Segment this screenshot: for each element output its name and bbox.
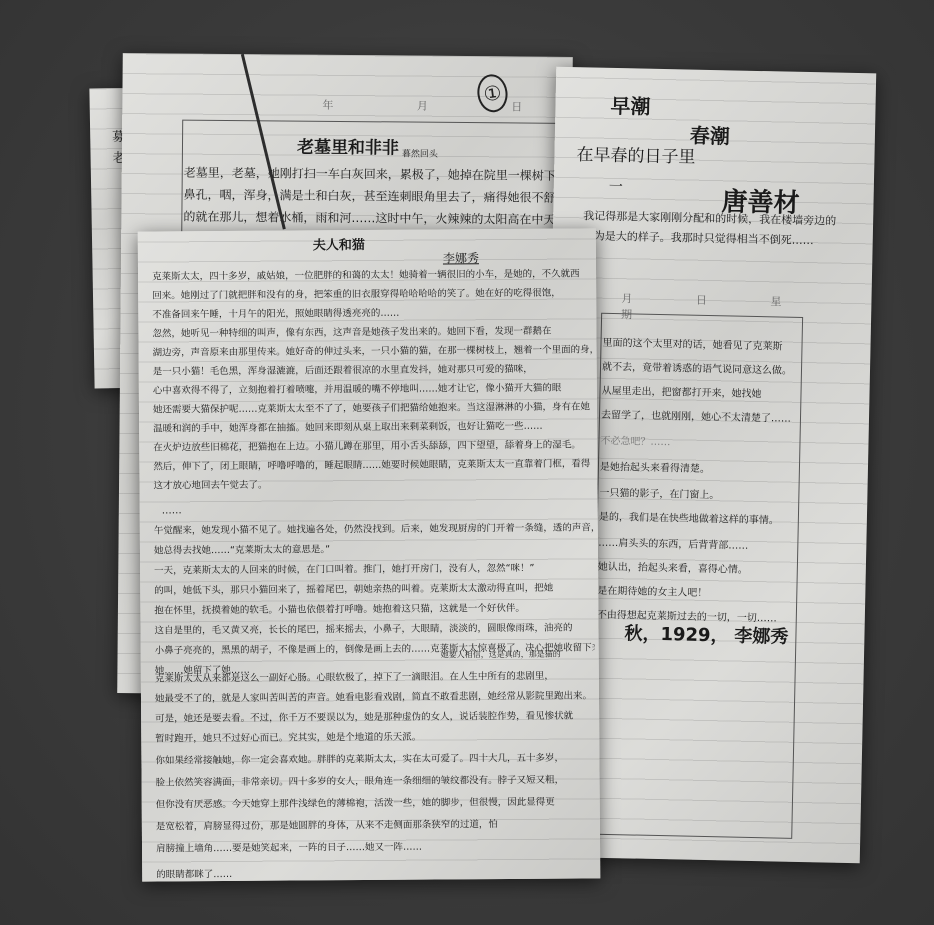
right-line: 以为是大的样子。我那时只觉得相当不倒死…… bbox=[583, 227, 863, 250]
right-title-2: 春潮 bbox=[690, 120, 731, 153]
front-line: 但你没有厌恶感。今天她穿上那件浅绿色的薄棉袍，活泼一些，她的脚步，但很慢，因此显… bbox=[156, 794, 596, 819]
header-date-marks: 年 月 日 bbox=[322, 97, 562, 115]
right-lines-block: 里面的这个太里对的话，她看见了克莱斯 就不去，竟带着诱惑的语气说同意这么做。 从… bbox=[596, 336, 802, 636]
front-line: 暂时跑开，她只不过好心而已。究其实，她是个地道的乐天派。 bbox=[155, 728, 595, 753]
section-break: …… bbox=[162, 503, 182, 519]
front-line: 你如果经常接触她，你一定会喜欢她。胖胖的克莱斯太太，实在太可爱了。四十大几，五十… bbox=[155, 750, 595, 775]
right-subtitle: 在早春的日子里 bbox=[576, 142, 696, 172]
front-line: 肩膀撞上墙角……要是她笑起来，一阵的日子……她又一阵…… bbox=[156, 838, 596, 867]
byline: 李娜秀 bbox=[443, 249, 479, 268]
front-line: 的眼睛都眯了…… bbox=[156, 864, 596, 887]
margin-note: 她要人相信，这是真的，那是猫的 bbox=[441, 649, 561, 663]
front-line: 这才放心地回去午觉去了。 bbox=[153, 475, 593, 497]
front-paragraph-block-3: 克莱斯太太从来都是这么一副好心肠。心眼软极了，掉下了一滴眼泪。在人生中所有的悲剧… bbox=[155, 668, 596, 887]
section-mark: 一 bbox=[609, 176, 623, 199]
manuscript-line: 老墓里，老墓，她刚打扫一车白灰回来，累极了，她掉在院里一棵树下。她 bbox=[184, 164, 574, 187]
front-paragraph-block-1: 克莱斯太太，四十多岁，戚姑娘，一位肥胖的和蔼的太太！她骑着一辆很旧的小车，是她的… bbox=[152, 266, 594, 497]
signature-name: 李娜秀 bbox=[734, 623, 789, 653]
manuscript-title: 夫人和猫 bbox=[313, 236, 365, 257]
front-line: 是宽松着，肩膀显得过份，那是她圆胖的身体，从来不走侧面那条狭窄的过道，怕 bbox=[156, 816, 596, 841]
signature-date: 秋，1929， bbox=[624, 620, 729, 651]
manuscript-line: 鼻孔，咽，浑身，满是土和白灰，甚至连刺眼角里去了，痛得她很不舒服。她累得 bbox=[183, 186, 573, 209]
right-title-1: 早潮 bbox=[610, 90, 651, 123]
manuscript-line: 的就在那儿，想着水桶，雨和河……这时中午，火辣辣的太阳高在中天，树影 bbox=[183, 208, 573, 231]
title-annotation: 暮然回头 bbox=[402, 147, 438, 162]
front-line: 脸上依然笑容满面，非常亲切。四十多岁的女人，眼角连一条细细的皱纹都没有。脖子又短… bbox=[156, 772, 596, 797]
manuscript-page-front: 夫人和猫 李娜秀 克莱斯太太，四十多岁，戚姑娘，一位肥胖的和蔼的太太！她骑着一辆… bbox=[138, 228, 601, 881]
manuscript-title: 老墓里和非非 bbox=[297, 135, 399, 163]
